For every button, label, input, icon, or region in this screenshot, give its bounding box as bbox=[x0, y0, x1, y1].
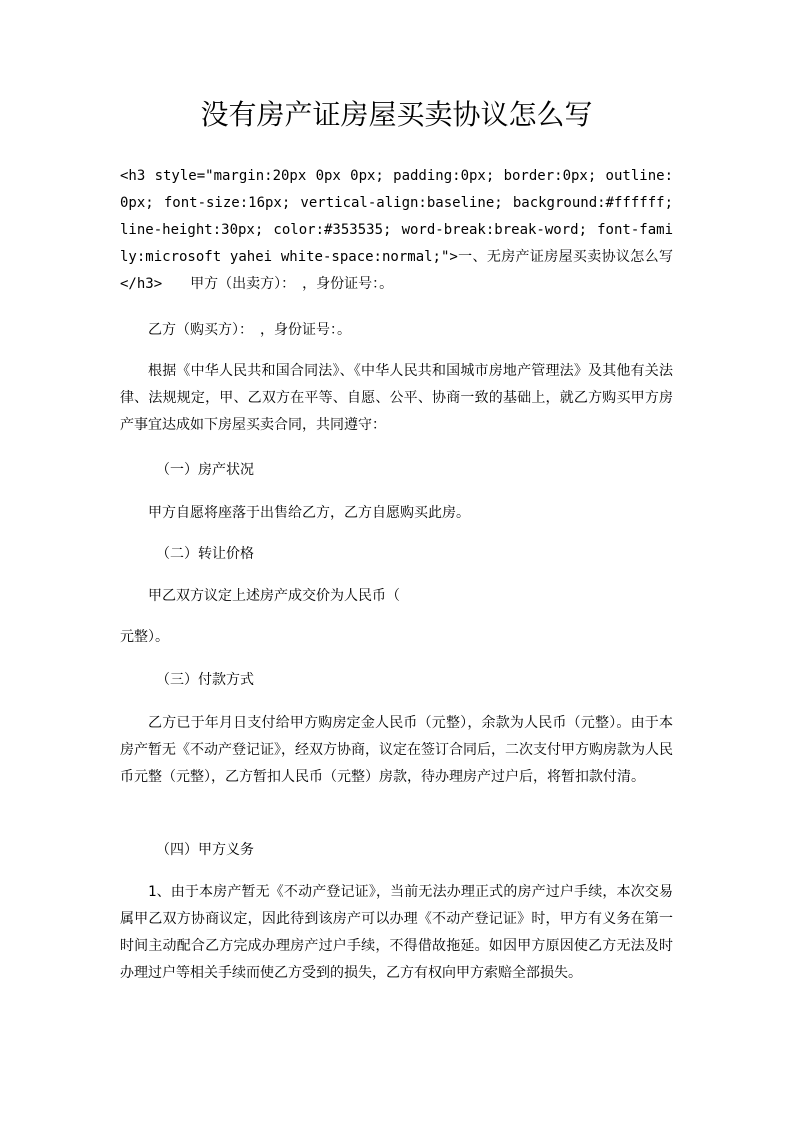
paragraph-payment-method: 乙方已于年月日支付给甲方购房定金人民币（元整），余款为人民币（元整）。由于本房产… bbox=[120, 710, 673, 791]
section-heading-property-status: （一）房产状况 bbox=[120, 457, 673, 484]
paragraph-legal-basis: 根据《中华人民共和国合同法》、《中华人民共和国城市房地产管理法》及其他有关法律、… bbox=[120, 358, 673, 439]
paragraph-party-a-obligation-1: 1、由于本房产暂无《不动产登记证》，当前无法办理正式的房产过户手续，本次交易属甲… bbox=[120, 879, 673, 987]
paragraph-transfer-price-cont: 元整）。 bbox=[120, 624, 673, 651]
paragraph-party-a-with-raw-html: <h3 style="margin:20px 0px 0px; padding:… bbox=[120, 163, 673, 298]
section-heading-transfer-price: （二）转让价格 bbox=[120, 541, 673, 568]
section-heading-payment-method: （三）付款方式 bbox=[120, 667, 673, 694]
paragraph-property-status: 甲方自愿将座落于出售给乙方，乙方自愿购买此房。 bbox=[120, 500, 673, 527]
document-title: 没有房产证房屋买卖协议怎么写 bbox=[120, 95, 673, 135]
paragraph-party-b: 乙方（购买方）： ，身份证号：。 bbox=[120, 317, 673, 344]
paragraph-transfer-price: 甲乙双方议定上述房产成交价为人民币（ bbox=[120, 583, 673, 610]
section-heading-party-a-obligations: （四）甲方义务 bbox=[120, 837, 673, 864]
